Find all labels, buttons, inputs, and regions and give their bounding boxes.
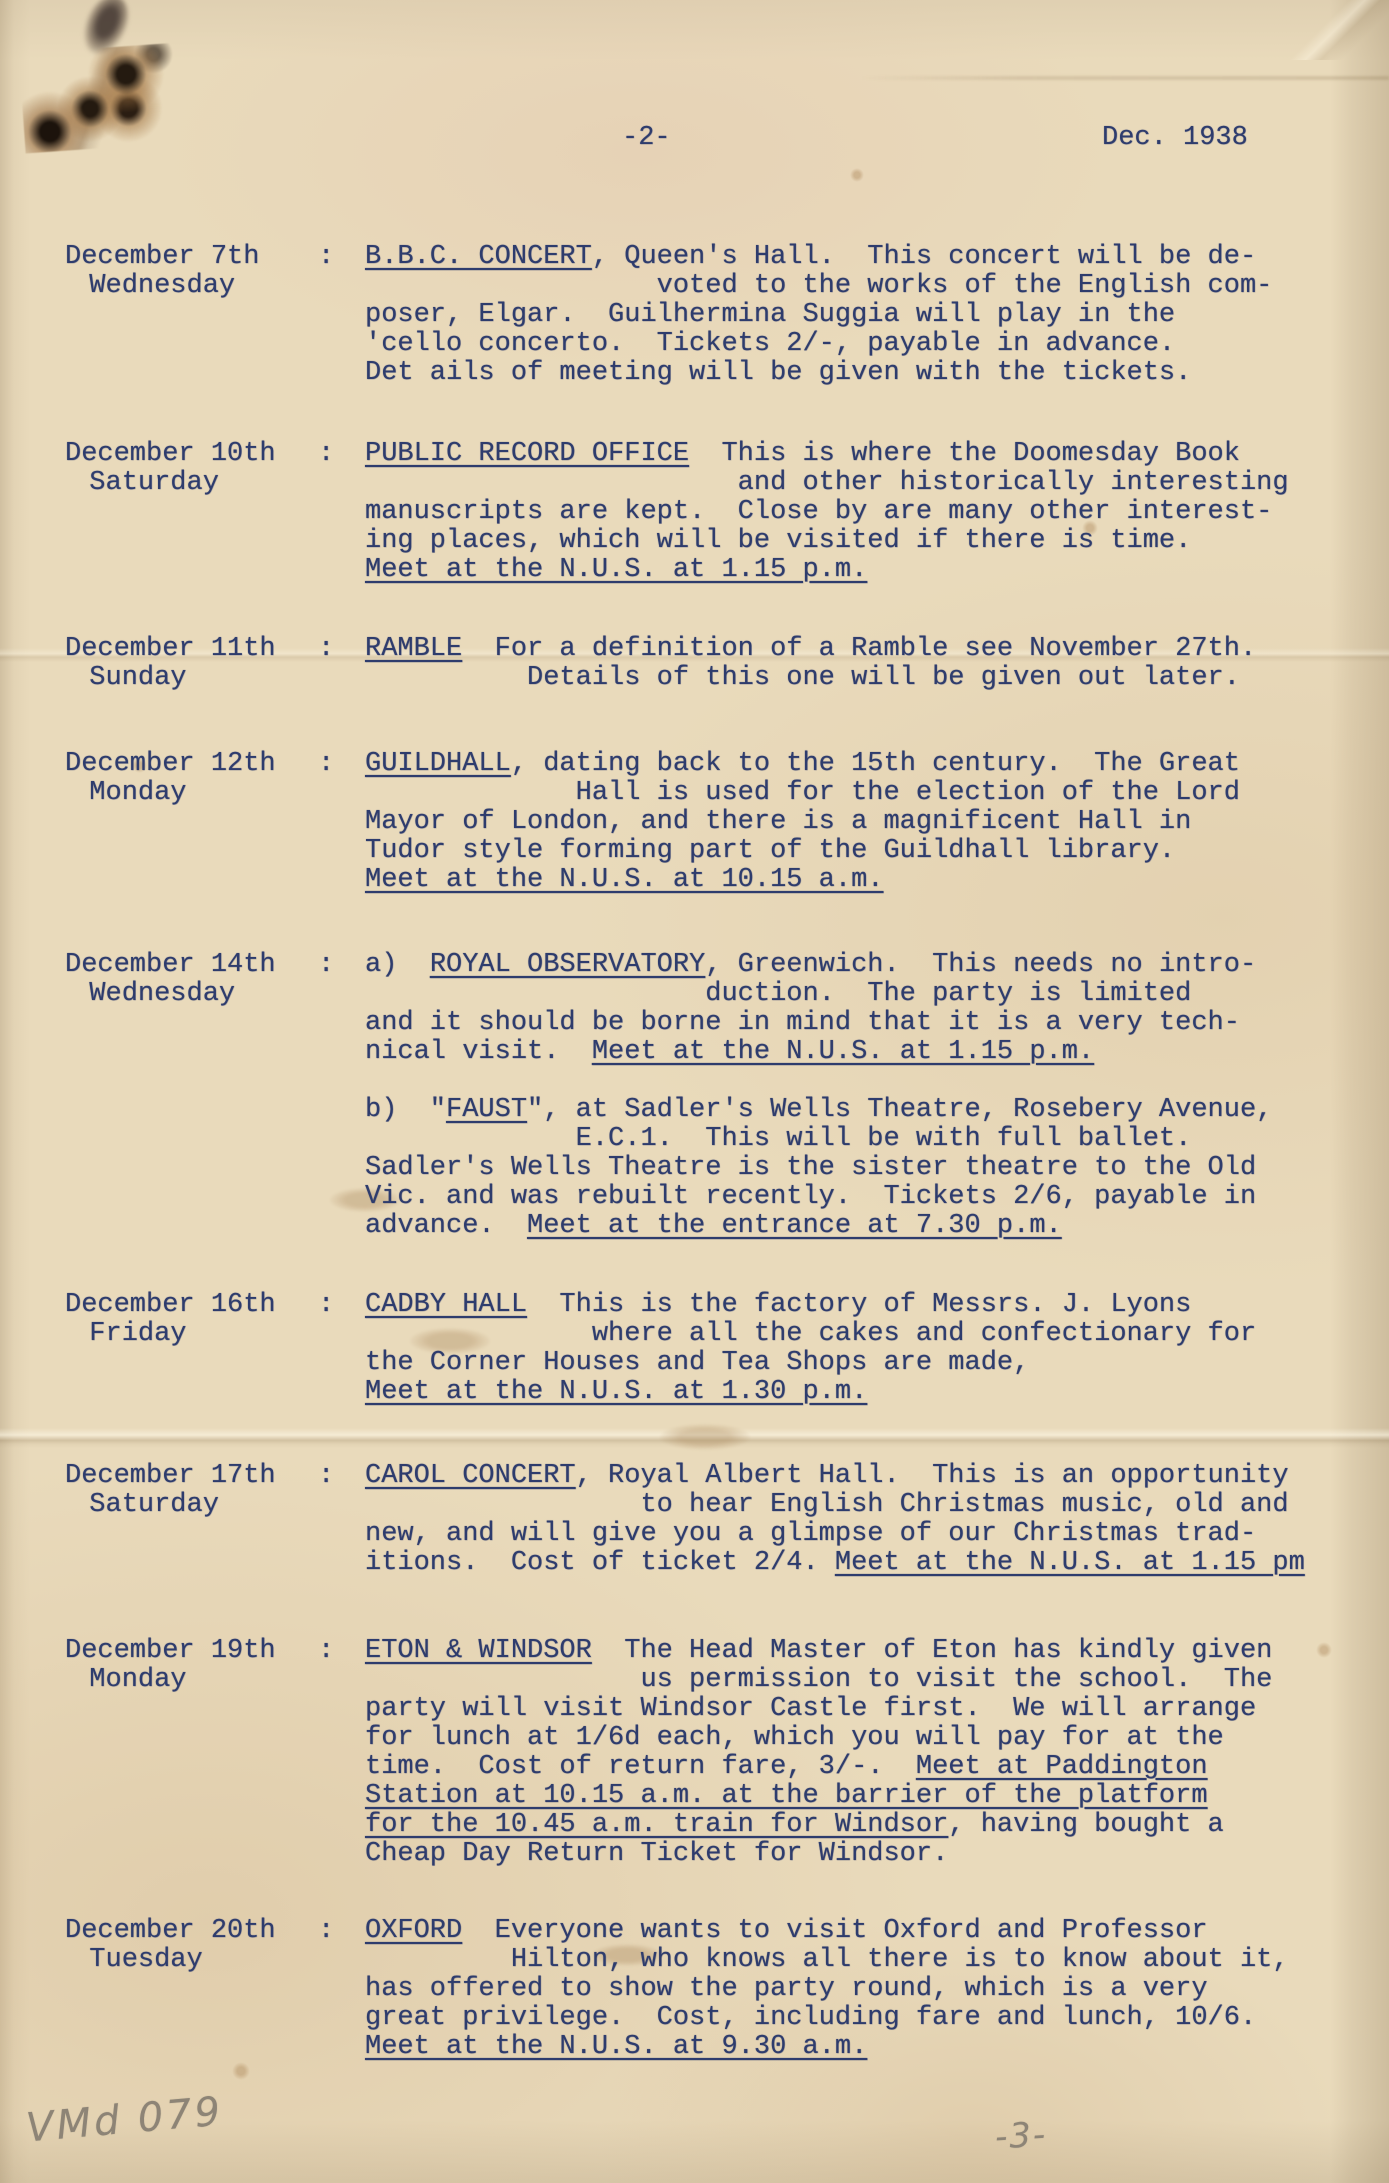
- entry-text-line: Hall is used for the election of the Lor…: [365, 779, 1350, 808]
- underlined-text: CADBY HALL: [365, 1290, 527, 1320]
- entry-separator: :: [318, 1291, 365, 1320]
- entry-text-line: Meet at the N.U.S. at 9.30 a.m.: [365, 2033, 1350, 2062]
- plain-text: has offered to show the party round, whi…: [365, 1974, 1208, 2004]
- underlined-text: GUILDHALL: [365, 749, 511, 779]
- plain-text: manuscripts are kept. Close by are many …: [365, 497, 1272, 527]
- underlined-text: Meet at Paddington: [916, 1752, 1208, 1782]
- entry-date: December 11th: [65, 635, 318, 664]
- entry-date: December 10th: [65, 440, 318, 469]
- plain-text: nical visit.: [365, 1037, 592, 1067]
- entry-text-line: for lunch at 1/6d each, which you will p…: [365, 1724, 1350, 1753]
- entry-day: Tuesday: [65, 1946, 318, 1975]
- entry-text-line: b) "FAUST", at Sadler's Wells Theatre, R…: [365, 1096, 1350, 1125]
- entry-date-column: December 20thTuesday: [65, 1917, 318, 1975]
- entry-date: December 17th: [65, 1462, 318, 1491]
- entry-text-line: to hear English Christmas music, old and: [365, 1491, 1350, 1520]
- entry-text-line: Mayor of London, and there is a magnific…: [365, 808, 1350, 837]
- schedule-entry: December 7thWednesday:B.B.C. CONCERT, Qu…: [65, 243, 1350, 388]
- underlined-text: PUBLIC RECORD OFFICE: [365, 439, 689, 469]
- plain-text: 'cello concerto. Tickets 2/-, payable in…: [365, 329, 1175, 359]
- plain-text: where all the cakes and confectionary fo…: [365, 1319, 1256, 1349]
- underlined-text: Meet at the N.U.S. at 10.15 a.m.: [365, 865, 883, 895]
- entry-date: December 12th: [65, 750, 318, 779]
- entry-text-line: E.C.1. This will be with full ballet.: [365, 1125, 1350, 1154]
- underlined-text: Meet at the N.U.S. at 9.30 a.m.: [365, 2032, 867, 2062]
- entry-separator: :: [318, 1462, 365, 1491]
- entry-text-line: itions. Cost of ticket 2/4. Meet at the …: [365, 1549, 1350, 1578]
- entry-date-column: December 11thSunday: [65, 635, 318, 693]
- entry-description: OXFORD Everyone wants to visit Oxford an…: [365, 1917, 1350, 2062]
- underlined-text: Meet at the N.U.S. at 1.15 p.m.: [592, 1037, 1094, 1067]
- entry-day: Monday: [65, 779, 318, 808]
- entry-date: December 19th: [65, 1637, 318, 1666]
- plain-text: a): [365, 950, 430, 980]
- underlined-text: ROYAL OBSERVATORY: [430, 950, 705, 980]
- entry-day: Saturday: [65, 1491, 318, 1520]
- entry-text-line: 'cello concerto. Tickets 2/-, payable in…: [365, 330, 1350, 359]
- entry-day: Saturday: [65, 469, 318, 498]
- paper-edge-line: [860, 76, 1389, 80]
- entry-description: b) "FAUST", at Sadler's Wells Theatre, R…: [365, 1096, 1350, 1241]
- entry-separator: :: [318, 750, 365, 779]
- underlined-text: ETON & WINDSOR: [365, 1636, 592, 1666]
- entry-text-line: B.B.C. CONCERT, Queen's Hall. This conce…: [365, 243, 1350, 272]
- plain-text: ing places, which will be visited if the…: [365, 526, 1191, 556]
- plain-text: Cheap Day Return Ticket for Windsor.: [365, 1839, 948, 1869]
- plain-text: Vic. and was rebuilt recently. Tickets 2…: [365, 1182, 1256, 1212]
- entry-text-line: nical visit. Meet at the N.U.S. at 1.15 …: [365, 1038, 1350, 1067]
- entry-text-line: Vic. and was rebuilt recently. Tickets 2…: [365, 1183, 1350, 1212]
- entry-text-line: GUILDHALL, dating back to the 15th centu…: [365, 750, 1350, 779]
- entry-text-line: and other historically interesting: [365, 469, 1350, 498]
- entry-text-line: voted to the works of the English com-: [365, 272, 1350, 301]
- plain-text: for lunch at 1/6d each, which you will p…: [365, 1723, 1224, 1753]
- entry-description: CADBY HALL This is the factory of Messrs…: [365, 1291, 1350, 1407]
- plain-text: ", at Sadler's Wells Theatre, Rosebery A…: [527, 1095, 1272, 1125]
- underlined-text: RAMBLE: [365, 634, 462, 664]
- entry-date-column: December 17thSaturday: [65, 1462, 318, 1520]
- entry-text-line: time. Cost of return fare, 3/-. Meet at …: [365, 1753, 1350, 1782]
- underlined-text: for the 10.45 a.m. train for Windsor: [365, 1810, 948, 1840]
- entry-text-line: ing places, which will be visited if the…: [365, 527, 1350, 556]
- entry-text-line: Meet at the N.U.S. at 1.30 p.m.: [365, 1378, 1350, 1407]
- schedule-entry: December 11thSunday:RAMBLE For a definit…: [65, 635, 1350, 693]
- schedule-entry: b) "FAUST", at Sadler's Wells Theatre, R…: [65, 1096, 1350, 1241]
- entry-day: Wednesday: [65, 980, 318, 1009]
- plain-text: poser, Elgar. Guilhermina Suggia will pl…: [365, 300, 1175, 330]
- plain-text: and it should be borne in mind that it i…: [365, 1008, 1240, 1038]
- schedule-entry: December 12thMonday:GUILDHALL, dating ba…: [65, 750, 1350, 895]
- entry-description: B.B.C. CONCERT, Queen's Hall. This conce…: [365, 243, 1350, 388]
- entry-text-line: party will visit Windsor Castle first. W…: [365, 1695, 1350, 1724]
- plain-text: Mayor of London, and there is a magnific…: [365, 807, 1191, 837]
- plain-text: to hear English Christmas music, old and: [365, 1490, 1289, 1520]
- underlined-text: Meet at the N.U.S. at 1.15 pm: [835, 1548, 1305, 1578]
- entry-day: Wednesday: [65, 272, 318, 301]
- entry-date: December 14th: [65, 951, 318, 980]
- paper-stain: [850, 168, 864, 182]
- schedule-entry: December 19thMonday:ETON & WINDSOR The H…: [65, 1637, 1350, 1869]
- entry-date-column: December 12thMonday: [65, 750, 318, 808]
- entry-day: Monday: [65, 1666, 318, 1695]
- entry-date-column: December 7thWednesday: [65, 243, 318, 301]
- entry-date-column: December 10thSaturday: [65, 440, 318, 498]
- schedule-entry: December 16thFriday:CADBY HALL This is t…: [65, 1291, 1350, 1407]
- entry-text-line: RAMBLE For a definition of a Ramble see …: [365, 635, 1350, 664]
- plain-text: itions. Cost of ticket 2/4.: [365, 1548, 835, 1578]
- entry-separator: :: [318, 440, 365, 469]
- entry-separator: :: [318, 243, 365, 272]
- entry-separator: :: [318, 1637, 365, 1666]
- schedule-entry: December 17thSaturday:CAROL CONCERT, Roy…: [65, 1462, 1350, 1578]
- entry-text-line: has offered to show the party round, whi…: [365, 1975, 1350, 2004]
- plain-text: , Royal Albert Hall. This is an opportun…: [576, 1461, 1289, 1491]
- plain-text: us permission to visit the school. The: [365, 1665, 1272, 1695]
- entry-text-line: new, and will give you a glimpse of our …: [365, 1520, 1350, 1549]
- entry-separator: :: [318, 635, 365, 664]
- entry-text-line: PUBLIC RECORD OFFICE This is where the D…: [365, 440, 1350, 469]
- plain-text: , Queen's Hall. This concert will be de-: [592, 242, 1256, 272]
- plain-text: the Corner Houses and Tea Shops are made…: [365, 1348, 1029, 1378]
- entry-date-column: December 19thMonday: [65, 1637, 318, 1695]
- plain-text: b) ": [365, 1095, 446, 1125]
- entry-text-line: CAROL CONCERT, Royal Albert Hall. This i…: [365, 1462, 1350, 1491]
- plain-text: , having bought a: [948, 1810, 1223, 1840]
- plain-text: For a definition of a Ramble see Novembe…: [462, 634, 1256, 664]
- archive-reference-code: VMd 079: [25, 2097, 224, 2143]
- next-page-number: -3-: [994, 2121, 1048, 2153]
- entry-text-line: a) ROYAL OBSERVATORY, Greenwich. This ne…: [365, 951, 1350, 980]
- entry-text-line: where all the cakes and confectionary fo…: [365, 1320, 1350, 1349]
- entry-text-line: Meet at the N.U.S. at 10.15 a.m.: [365, 866, 1350, 895]
- schedule-entry: December 14thWednesday:a) ROYAL OBSERVAT…: [65, 951, 1350, 1067]
- entry-text-line: us permission to visit the school. The: [365, 1666, 1350, 1695]
- entry-text-line: ETON & WINDSOR The Head Master of Eton h…: [365, 1637, 1350, 1666]
- ink-blot-cluster: [19, 43, 186, 154]
- entry-text-line: manuscripts are kept. Close by are many …: [365, 498, 1350, 527]
- entry-separator: :: [318, 1917, 365, 1946]
- underlined-text: OXFORD: [365, 1916, 462, 1946]
- plain-text: E.C.1. This will be with full ballet.: [365, 1124, 1191, 1154]
- underlined-text: FAUST: [446, 1095, 527, 1125]
- issue-date: Dec. 1938: [1102, 124, 1248, 153]
- entry-separator: :: [318, 951, 365, 980]
- entry-text-line: CADBY HALL This is the factory of Messrs…: [365, 1291, 1350, 1320]
- plain-text: This is the factory of Messrs. J. Lyons: [527, 1290, 1191, 1320]
- underlined-text: B.B.C. CONCERT: [365, 242, 592, 272]
- plain-text: Hall is used for the election of the Lor…: [365, 778, 1240, 808]
- underlined-text: Meet at the N.U.S. at 1.15 p.m.: [365, 555, 867, 585]
- plain-text: voted to the works of the English com-: [365, 271, 1272, 301]
- entry-text-line: Meet at the N.U.S. at 1.15 p.m.: [365, 556, 1350, 585]
- plain-text: Hilton, who knows all there is to know a…: [365, 1945, 1289, 1975]
- paper-stain: [660, 1424, 750, 1450]
- entry-text-line: Details of this one will be given out la…: [365, 664, 1350, 693]
- entry-text-line: poser, Elgar. Guilhermina Suggia will pl…: [365, 301, 1350, 330]
- plain-text: time. Cost of return fare, 3/-.: [365, 1752, 916, 1782]
- entry-description: PUBLIC RECORD OFFICE This is where the D…: [365, 440, 1350, 585]
- entry-date: December 16th: [65, 1291, 318, 1320]
- document-page: -2- Dec. 1938 December 7thWednesday:B.B.…: [0, 0, 1389, 2183]
- underlined-text: CAROL CONCERT: [365, 1461, 576, 1491]
- entry-date: December 20th: [65, 1917, 318, 1946]
- plain-text: party will visit Windsor Castle first. W…: [365, 1694, 1256, 1724]
- entry-text-line: and it should be borne in mind that it i…: [365, 1009, 1350, 1038]
- plain-text: This is where the Doomesday Book: [689, 439, 1240, 469]
- plain-text: new, and will give you a glimpse of our …: [365, 1519, 1256, 1549]
- plain-text: advance.: [365, 1211, 527, 1241]
- entry-text-line: Hilton, who knows all there is to know a…: [365, 1946, 1350, 1975]
- entry-text-line: Sadler's Wells Theatre is the sister the…: [365, 1154, 1350, 1183]
- plain-text: Sadler's Wells Theatre is the sister the…: [365, 1153, 1256, 1183]
- entry-text-line: great privilege. Cost, including fare an…: [365, 2004, 1350, 2033]
- entry-date: December 7th: [65, 243, 318, 272]
- underlined-text: Meet at the N.U.S. at 1.30 p.m.: [365, 1377, 867, 1407]
- entry-description: a) ROYAL OBSERVATORY, Greenwich. This ne…: [365, 951, 1350, 1067]
- plain-text: , Greenwich. This needs no intro-: [705, 950, 1256, 980]
- entry-text-line: Station at 10.15 a.m. at the barrier of …: [365, 1782, 1350, 1811]
- entry-day: Sunday: [65, 664, 318, 693]
- paper-stain: [232, 2062, 250, 2080]
- underlined-text: Meet at the entrance at 7.30 p.m.: [527, 1211, 1062, 1241]
- plain-text: great privilege. Cost, including fare an…: [365, 2003, 1256, 2033]
- schedule-entry: December 10thSaturday:PUBLIC RECORD OFFI…: [65, 440, 1350, 585]
- plain-text: The Head Master of Eton has kindly given: [592, 1636, 1273, 1666]
- entry-text-line: advance. Meet at the entrance at 7.30 p.…: [365, 1212, 1350, 1241]
- entry-text-line: Tudor style forming part of the Guildhal…: [365, 837, 1350, 866]
- entry-description: RAMBLE For a definition of a Ramble see …: [365, 635, 1350, 693]
- page-number: -2-: [622, 124, 671, 153]
- plain-text: , dating back to the 15th century. The G…: [511, 749, 1240, 779]
- plain-text: Tudor style forming part of the Guildhal…: [365, 836, 1175, 866]
- entry-description: CAROL CONCERT, Royal Albert Hall. This i…: [365, 1462, 1350, 1578]
- plain-text: Det ails of meeting will be given with t…: [365, 358, 1191, 388]
- entry-text-line: OXFORD Everyone wants to visit Oxford an…: [365, 1917, 1350, 1946]
- entry-description: GUILDHALL, dating back to the 15th centu…: [365, 750, 1350, 895]
- entry-description: ETON & WINDSOR The Head Master of Eton h…: [365, 1637, 1350, 1869]
- entry-date-column: December 14thWednesday: [65, 951, 318, 1009]
- entry-text-line: for the 10.45 a.m. train for Windsor, ha…: [365, 1811, 1350, 1840]
- plain-text: Everyone wants to visit Oxford and Profe…: [462, 1916, 1207, 1946]
- schedule-entry: December 20thTuesday:OXFORD Everyone wan…: [65, 1917, 1350, 2062]
- plain-text: Details of this one will be given out la…: [365, 663, 1240, 693]
- entry-text-line: duction. The party is limited: [365, 980, 1350, 1009]
- plain-text: and other historically interesting: [365, 468, 1289, 498]
- corner-fold: [1240, 0, 1389, 60]
- entry-text-line: the Corner Houses and Tea Shops are made…: [365, 1349, 1350, 1378]
- plain-text: duction. The party is limited: [365, 979, 1191, 1009]
- underlined-text: Station at 10.15 a.m. at the barrier of …: [365, 1781, 1208, 1811]
- entry-day: Friday: [65, 1320, 318, 1349]
- entry-date-column: December 16thFriday: [65, 1291, 318, 1349]
- entry-text-line: Det ails of meeting will be given with t…: [365, 359, 1350, 388]
- entry-text-line: Cheap Day Return Ticket for Windsor.: [365, 1840, 1350, 1869]
